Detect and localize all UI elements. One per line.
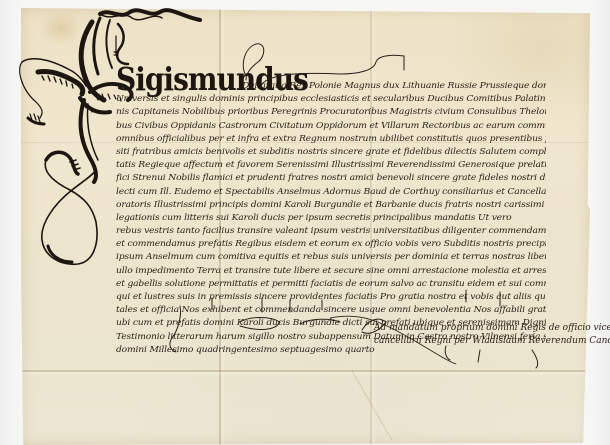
text-line: Dei gratia Rex Polonie Magnus dux Lithua… [116, 79, 546, 92]
text-line: tales et officia Nos exhibent et commend… [116, 304, 546, 317]
text-line: siti fratribus amicis benivolis et subdi… [116, 145, 546, 158]
text-line: nis Capitaneis Nobilibus prioribus Pereg… [116, 106, 546, 119]
signature-line: cancellarii Regni per Wladislaum Reveren… [374, 335, 610, 348]
text-line: oratoris Illustrissimi principis domini … [116, 198, 546, 211]
document-scan: Sigismundus Dei gratia Rex Polonie Magnu… [0, 0, 610, 445]
text-line: et commendamus prefatis Regibus eisdem e… [116, 238, 546, 251]
text-line: omnibus officialibus per et infra et ext… [116, 132, 546, 145]
text-line: legationis cum litteris sui Karoli ducis… [116, 211, 546, 224]
text-line: rebus vestris tanto facilius transire va… [116, 224, 546, 237]
text-line: bus Civibus Oppidanis Castrorum Civitatu… [116, 119, 546, 132]
chancery-signature-note: Ad mandatum proprium domini Regis de off… [374, 322, 610, 348]
text-line: lecti cum Ill. Eudemo et Spectabilis Ans… [116, 185, 546, 198]
text-line: Universis et singulis dominis principibu… [116, 93, 546, 106]
text-line: fici Strenui Nobilis flamici et prudenti… [116, 172, 546, 185]
text-line: ullo impedimento Terra et transire tute … [116, 264, 546, 277]
charter-body-text: Dei gratia Rex Polonie Magnus dux Lithua… [116, 79, 546, 356]
text-line: et gabellis solutione permittatis et per… [116, 277, 546, 290]
text-line: tatis Regieque affectum et favorem Seren… [116, 158, 546, 171]
text-line: qui et lustres suis in premissis sincere… [116, 290, 546, 303]
signature-line: Ad mandatum proprium domini Regis de off… [374, 322, 610, 335]
text-line: ipsum Anselmum cum comitiva equitis et r… [116, 251, 546, 264]
